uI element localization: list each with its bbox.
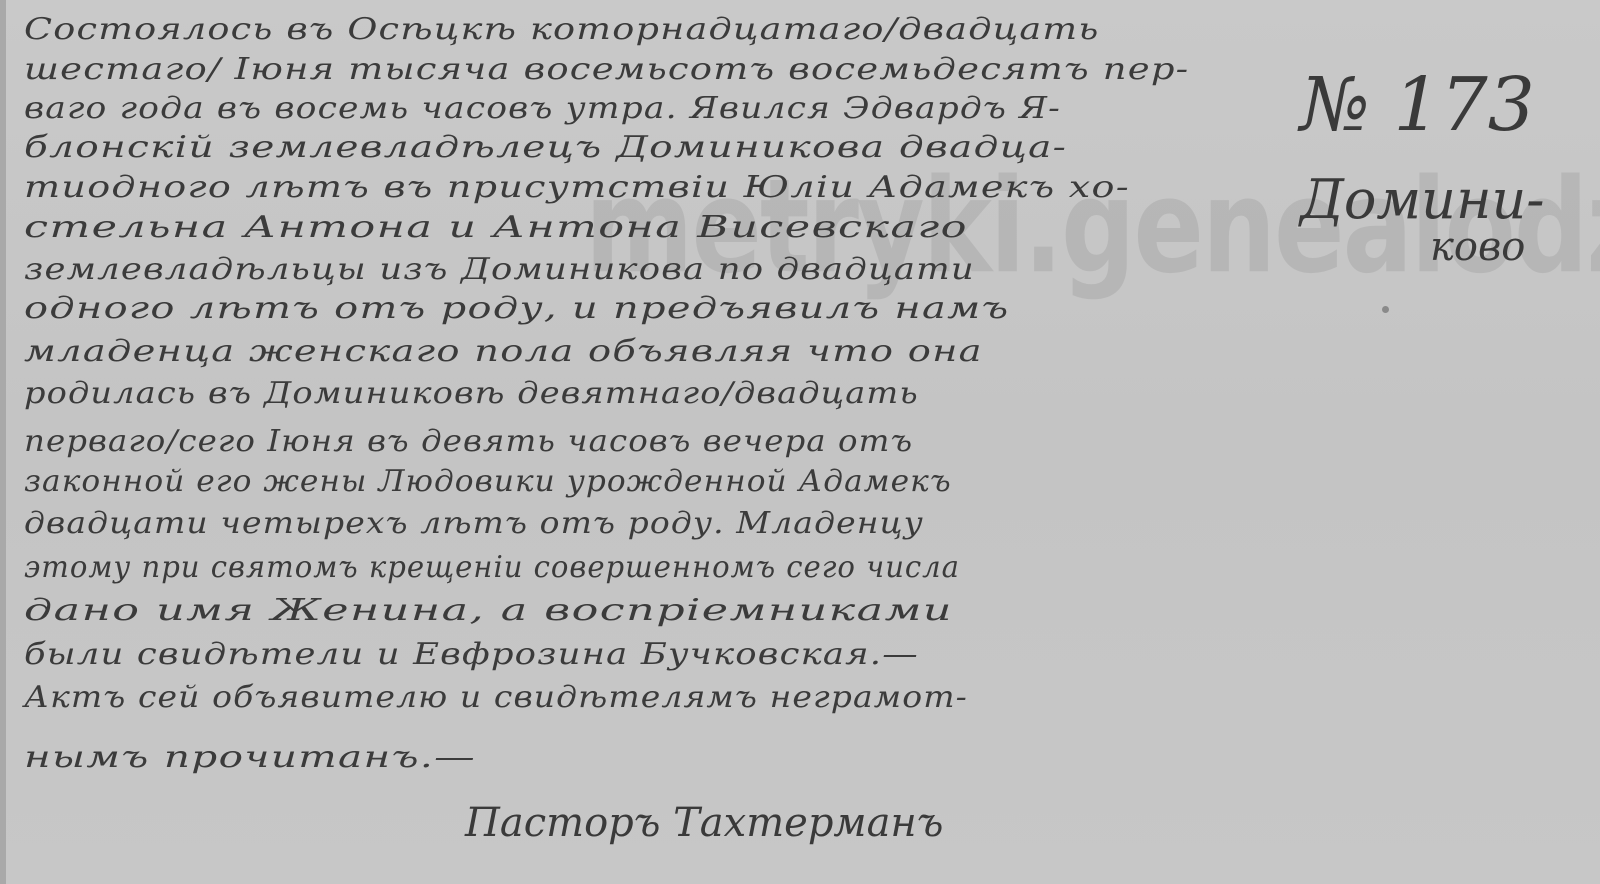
record-number: № 173 [1300, 62, 1535, 148]
record-line-9: младенца женскаго пола объявляя что она [24, 334, 983, 369]
record-line-5: тиодного лѣтъ въ присутствіи Юліи Адамек… [24, 170, 1130, 205]
record-line-1: Состоялось въ Осѣцкѣ которнадцатаго/двад… [24, 12, 1099, 47]
village-name-line-1: Домини- [1300, 168, 1545, 231]
record-line-7: землевладѣльцы изъ Доминикова по двадцат… [24, 252, 975, 287]
record-line-17: Актъ сей объявителю и свидѣтелямъ неграм… [24, 680, 968, 715]
village-name-line-2: ково [1430, 224, 1525, 270]
pastor-signature: Пасторъ Тахтерманъ [465, 800, 943, 846]
record-line-12: законной его жены Людовики урожденной Ад… [24, 464, 952, 499]
record-line-15: дано имя Женина, а воспріемниками [24, 593, 953, 628]
record-line-6: стельна Антона и Антона Висевскаго [24, 210, 968, 245]
record-line-18: нымъ прочитанъ.— [24, 740, 476, 775]
document-page: metryki.genealodzy.pl Состоялось въ Осѣц… [0, 0, 1600, 884]
ink-spot [1382, 306, 1389, 313]
record-line-16: были свидѣтели и Евфрозина Бучковская.— [24, 637, 919, 672]
record-line-13: двадцати четырехъ лѣтъ отъ роду. Младенц… [24, 506, 924, 541]
record-line-11: перваго/сего Іюня въ девять часовъ вечер… [24, 424, 913, 459]
record-line-8: одного лѣтъ отъ роду, и предъявилъ намъ [24, 291, 1009, 326]
record-line-4: блонскій землевладѣлецъ Доминикова двадц… [24, 130, 1067, 165]
record-line-2: шестаго/ Іюня тысяча восемьсотъ восемьде… [24, 52, 1189, 87]
record-line-10: родилась въ Доминиковѣ девятнаго/двадцат… [24, 376, 919, 411]
record-line-14: этому при святомъ крещеніи совершенномъ … [24, 550, 960, 585]
record-line-3: ваго года въ восемь часовъ утра. Явился … [24, 91, 1061, 126]
page-edge [0, 0, 6, 884]
